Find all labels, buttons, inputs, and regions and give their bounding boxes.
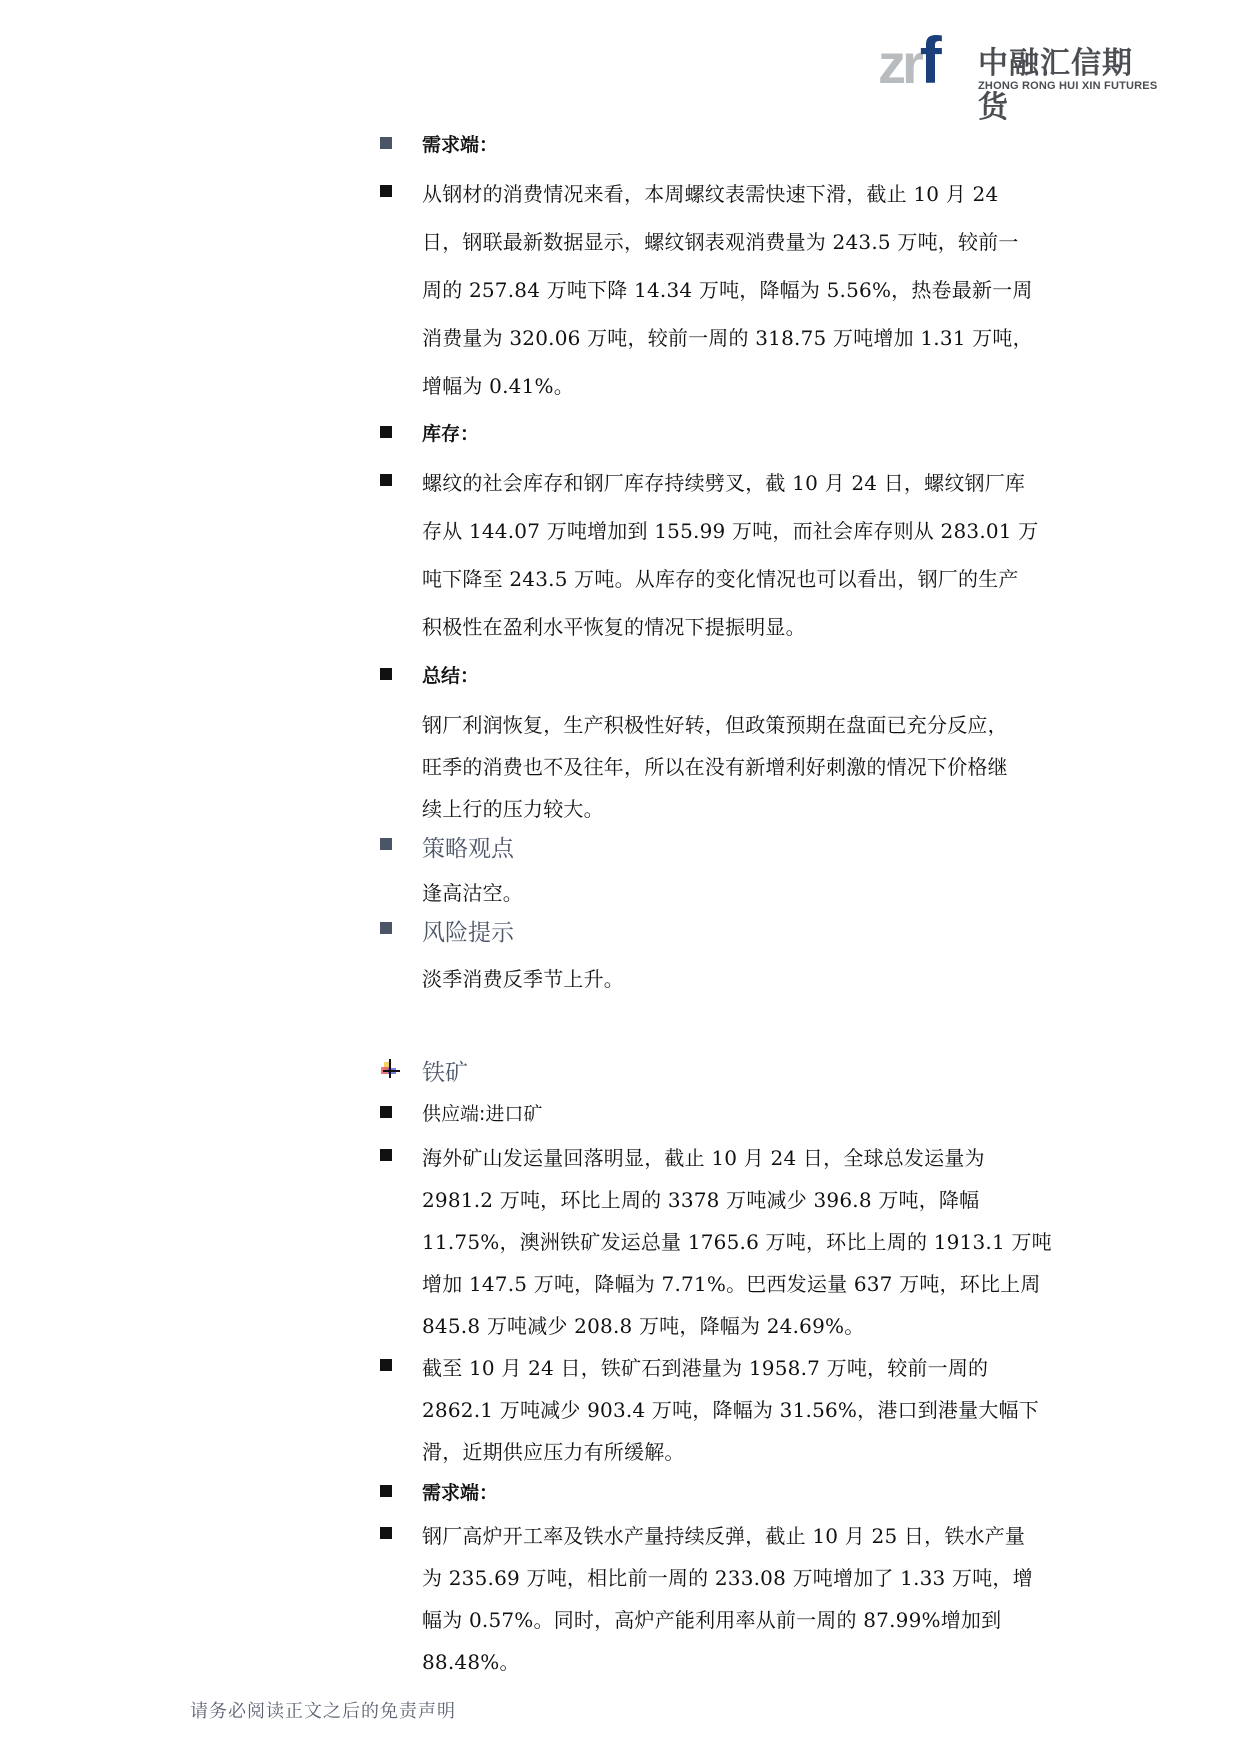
paragraph-line: 滑，近期供应压力有所缓解。 xyxy=(422,1436,685,1465)
paragraph-line: 钢厂利润恢复，生产积极性好转，但政策预期在盘面已充分反应， xyxy=(422,709,1008,738)
square-bullet-icon xyxy=(380,426,392,438)
paragraph-line: 存从 144.07 万吨增加到 155.99 万吨，而社会库存则从 283.01… xyxy=(422,515,1039,544)
section-marker-icon xyxy=(380,1057,402,1079)
paragraph-line: 海外矿山发运量回落明显，截止 10 月 24 日，全球总发运量为 xyxy=(422,1142,985,1171)
square-bullet-icon xyxy=(380,1485,392,1497)
square-bullet-icon xyxy=(380,1149,392,1161)
square-bullet-icon xyxy=(380,922,392,934)
paragraph-line: 845.8 万吨减少 208.8 万吨，降幅为 24.69%。 xyxy=(422,1310,864,1339)
paragraph-line: 螺纹的社会库存和钢厂库存持续劈叉，截 10 月 24 日，螺纹钢厂库 xyxy=(422,467,1025,496)
square-bullet-icon xyxy=(380,185,392,197)
square-bullet-icon xyxy=(380,1359,392,1371)
paragraph-line: 周的 257.84 万吨下降 14.34 万吨，降幅为 5.56%，热卷最新一周 xyxy=(422,274,1033,303)
square-bullet-icon xyxy=(380,1527,392,1539)
iron-demand-heading: 需求端： xyxy=(422,1478,1062,1505)
strategy-text: 逢高沽空。 xyxy=(422,877,523,906)
paragraph-line: 消费量为 320.06 万吨，较前一周的 318.75 万吨增加 1.31 万吨… xyxy=(422,322,1033,351)
square-bullet-icon xyxy=(380,1106,392,1118)
paragraph-line: 增幅为 0.41%。 xyxy=(422,370,574,399)
paragraph-line: 积极性在盈利水平恢复的情况下提振明显。 xyxy=(422,611,806,640)
paragraph-line: 2862.1 万吨减少 903.4 万吨，降幅为 31.56%，港口到港量大幅下 xyxy=(422,1394,1039,1423)
paragraph-line: 续上行的压力较大。 xyxy=(422,793,604,822)
paragraph-line: 吨下降至 243.5 万吨。从库存的变化情况也可以看出，钢厂的生产 xyxy=(422,563,1019,592)
inventory-heading: 库存： xyxy=(422,419,1062,446)
square-bullet-icon xyxy=(380,668,392,680)
risk-text: 淡季消费反季节上升。 xyxy=(422,963,624,992)
risk-heading: 风险提示 xyxy=(422,914,1062,947)
logo-english-name: ZHONG RONG HUI XIN FUTURES xyxy=(978,80,1157,92)
supply-heading: 供应端:进口矿 xyxy=(422,1099,1062,1126)
paragraph-line: 截至 10 月 24 日，铁矿石到港量为 1958.7 万吨，较前一周的 xyxy=(422,1352,988,1381)
iron-ore-section-title: 铁矿 xyxy=(422,1054,1062,1087)
paragraph-line: 旺季的消费也不及往年，所以在没有新增利好刺激的情况下价格继 xyxy=(422,751,1008,780)
paragraph-line: 钢厂高炉开工率及铁水产量持续反弹，截止 10 月 25 日，铁水产量 xyxy=(422,1520,1025,1549)
paragraph-line: 11.75%，澳洲铁矿发运总量 1765.6 万吨，环比上周的 1913.1 万… xyxy=(422,1226,1052,1255)
summary-heading: 总结： xyxy=(422,661,1062,688)
paragraph-line: 88.48%。 xyxy=(422,1646,520,1675)
logo-mark-zr: zr xyxy=(878,32,920,95)
paragraph-line: 增加 147.5 万吨，降幅为 7.71%。巴西发运量 637 万吨，环比上周 xyxy=(422,1268,1041,1297)
paragraph-line: 日，钢联最新数据显示，螺纹钢表观消费量为 243.5 万吨，较前一 xyxy=(422,226,1019,255)
disclaimer-footer: 请务必阅读正文之后的免责声明 xyxy=(190,1697,456,1723)
square-bullet-icon xyxy=(380,137,392,149)
paragraph-line: 幅为 0.57%。同时，高炉产能利用率从前一周的 87.99%增加到 xyxy=(422,1604,1001,1633)
paragraph-line: 2981.2 万吨，环比上周的 3378 万吨减少 396.8 万吨，降幅 xyxy=(422,1184,979,1213)
strategy-heading: 策略观点 xyxy=(422,830,1062,863)
square-bullet-icon xyxy=(380,838,392,850)
paragraph-line: 从钢材的消费情况来看，本周螺纹表需快速下滑，截止 10 月 24 xyxy=(422,178,998,207)
logo-mark-f: f xyxy=(920,23,938,97)
square-bullet-icon xyxy=(380,474,392,486)
steel-demand-heading: 需求端： xyxy=(422,130,1062,157)
logo-mark: zrf xyxy=(878,32,938,92)
company-logo: zrf 中融汇信期货 ZHONG RONG HUI XIN FUTURES xyxy=(878,30,1158,94)
paragraph-line: 为 235.69 万吨，相比前一周的 233.08 万吨增加了 1.33 万吨，… xyxy=(422,1562,1033,1591)
